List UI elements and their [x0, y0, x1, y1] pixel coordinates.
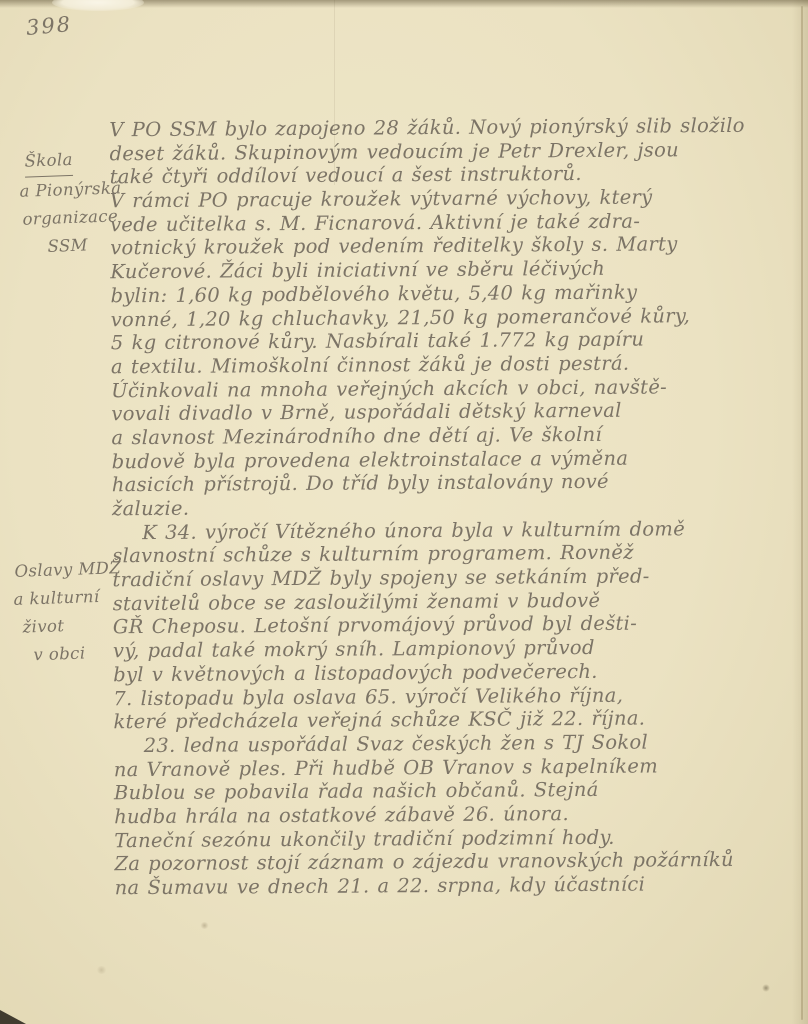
bottom-left-corner-shadow	[0, 1010, 26, 1024]
top-left-highlight	[52, 0, 144, 11]
margin-note-line: a Pionýrská	[19, 174, 122, 206]
text-line: Za pozornost stojí záznam o zájezdu vran…	[114, 848, 766, 876]
text-line: deset žáků. Skupinovým vedoucím je Petr …	[109, 137, 761, 165]
margin-note-line: Oslavy MDŽ	[14, 554, 122, 586]
margin-note-line-underlined: Škola	[24, 146, 73, 178]
paragraph: V PO SSM bylo zapojeno 28 žáků. Nový pio…	[109, 114, 764, 521]
margin-note-oslavy-mdz: Oslavy MDŽ a kulturní život v obci	[12, 554, 124, 670]
margin-note-line: organizace	[22, 202, 123, 233]
margin-note-line: Škola	[24, 144, 121, 177]
margin-note-skola-ssm: Škola a Pionýrská organizace SSM	[18, 144, 124, 261]
page-number: 398	[25, 12, 73, 40]
margin-note-line: a kulturní	[13, 582, 123, 614]
text-line: Účinkovali na mnoha veřejných akcích v o…	[111, 374, 763, 402]
text-line: K 34. výročí Vítězného února byla v kult…	[112, 516, 764, 544]
paragraph: 23. ledna uspořádal Svaz českých žen s T…	[114, 730, 767, 900]
text-line: votnický kroužek pod vedením ředitelky š…	[110, 232, 762, 260]
margin-note-line: v obci	[33, 638, 125, 669]
paragraph: K 34. výročí Vítězného února byla v kult…	[112, 516, 765, 734]
page-edge-line	[801, 6, 803, 1020]
paper-speck	[96, 966, 107, 974]
paper-speck	[762, 984, 770, 992]
margin-note-line: život	[22, 610, 124, 641]
chronicle-page: 398 Škola a Pionýrská organizace SSM Osl…	[0, 0, 808, 1024]
text-line: vonné, 1,20 kg chluchavky, 21,50 kg pome…	[111, 303, 763, 331]
body-text: V PO SSM bylo zapojeno 28 žáků. Nový pio…	[109, 114, 766, 900]
text-line: na Šumavu ve dnech 21. a 22. srpna, kdy …	[115, 872, 767, 900]
paper-speck	[200, 922, 209, 929]
page-edge-shadow	[792, 0, 808, 1024]
